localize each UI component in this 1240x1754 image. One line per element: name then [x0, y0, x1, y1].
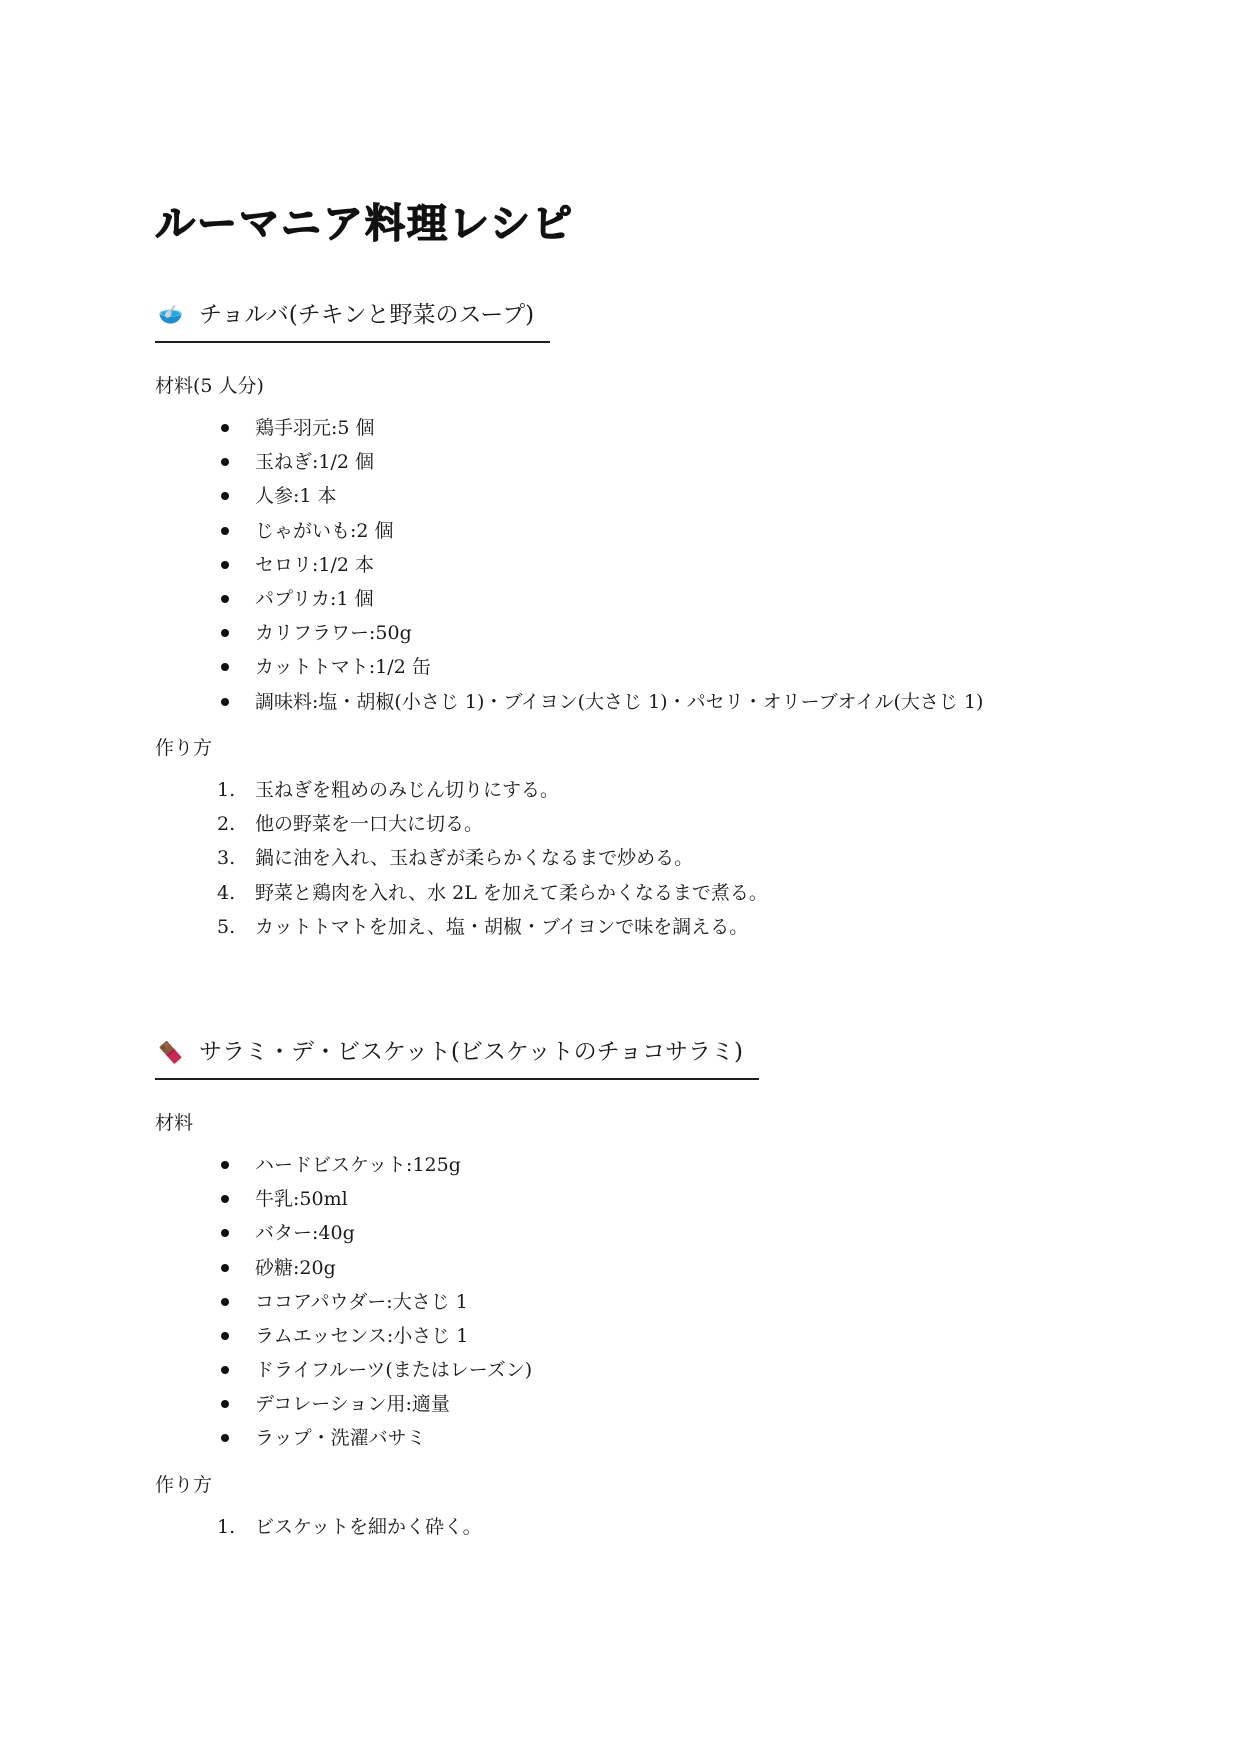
document-title: ルーマニア料理レシピ	[155, 192, 1085, 249]
ingredient-item: セロリ:1/2 本	[155, 548, 1085, 582]
ingredient-item: 砂糖:20g	[155, 1251, 1085, 1285]
directions-list: 玉ねぎを粗めのみじん切りにする。他の野菜を一口大に切る。鍋に油を入れ、玉ねぎが柔…	[155, 773, 1085, 944]
ingredient-item: 人参:1 本	[155, 479, 1085, 513]
recipe-document-page: ルーマニア料理レシピ チョルバ(チキンと野菜のスープ) 材料(5 人分) 鶏手羽…	[0, 0, 1240, 1754]
directions-list: ビスケットを細かく砕く。	[155, 1510, 1085, 1544]
chocolate-icon	[157, 1039, 184, 1066]
ingredients-label: 材料	[155, 1106, 1085, 1140]
ingredient-item: じゃがいも:2 個	[155, 514, 1085, 548]
section-heading: チョルバ(チキンと野菜のスープ)	[155, 299, 550, 343]
section-heading-text: サラミ・デ・ビスケット(ビスケットのチョコサラミ)	[199, 1038, 743, 1068]
section-heading-text: チョルバ(チキンと野菜のスープ)	[199, 301, 534, 331]
direction-step: 鍋に油を入れ、玉ねぎが柔らかくなるまで炒める。	[155, 841, 1085, 875]
ingredient-item: ドライフルーツ(またはレーズン)	[155, 1353, 1085, 1387]
ingredient-item: ハードビスケット:125g	[155, 1148, 1085, 1182]
ingredient-item: カットトマト:1/2 缶	[155, 650, 1085, 684]
ingredient-item: ココアパウダー:大さじ 1	[155, 1285, 1085, 1319]
ingredients-list: 鶏手羽元:5 個玉ねぎ:1/2 個人参:1 本じゃがいも:2 個セロリ:1/2 …	[155, 411, 1085, 719]
direction-step: 他の野菜を一口大に切る。	[155, 807, 1085, 841]
recipe-section-ciorba: チョルバ(チキンと野菜のスープ) 材料(5 人分) 鶏手羽元:5 個玉ねぎ:1/…	[155, 299, 1085, 944]
recipe-section-salam-de-biscuiti: サラミ・デ・ビスケット(ビスケットのチョコサラミ) 材料 ハードビスケット:12…	[155, 1036, 1085, 1544]
ingredient-item: 牛乳:50ml	[155, 1182, 1085, 1216]
ingredient-item: ラップ・洗濯バサミ	[155, 1421, 1085, 1455]
ingredient-item: パプリカ:1 個	[155, 582, 1085, 616]
ingredient-item: カリフラワー:50g	[155, 616, 1085, 650]
direction-step: カットトマトを加え、塩・胡椒・ブイヨンで味を調える。	[155, 910, 1085, 944]
direction-step: 野菜と鶏肉を入れ、水 2L を加えて柔らかくなるまで煮る。	[155, 876, 1085, 910]
ingredient-item: デコレーション用:適量	[155, 1387, 1085, 1421]
direction-step: ビスケットを細かく砕く。	[155, 1510, 1085, 1544]
ingredient-item: 調味料:塩・胡椒(小さじ 1)・ブイヨン(大さじ 1)・パセリ・オリーブオイル(…	[155, 685, 1085, 719]
ingredient-item: バター:40g	[155, 1216, 1085, 1250]
ingredient-item: 鶏手羽元:5 個	[155, 411, 1085, 445]
soup-bowl-icon	[157, 302, 184, 329]
ingredient-item: 玉ねぎ:1/2 個	[155, 445, 1085, 479]
ingredient-item: ラムエッセンス:小さじ 1	[155, 1319, 1085, 1353]
directions-label: 作り方	[155, 1468, 1085, 1502]
directions-label: 作り方	[155, 731, 1085, 765]
direction-step: 玉ねぎを粗めのみじん切りにする。	[155, 773, 1085, 807]
ingredients-label: 材料(5 人分)	[155, 369, 1085, 403]
ingredients-list: ハードビスケット:125g牛乳:50mlバター:40g砂糖:20gココアパウダー…	[155, 1148, 1085, 1456]
section-heading: サラミ・デ・ビスケット(ビスケットのチョコサラミ)	[155, 1036, 759, 1080]
